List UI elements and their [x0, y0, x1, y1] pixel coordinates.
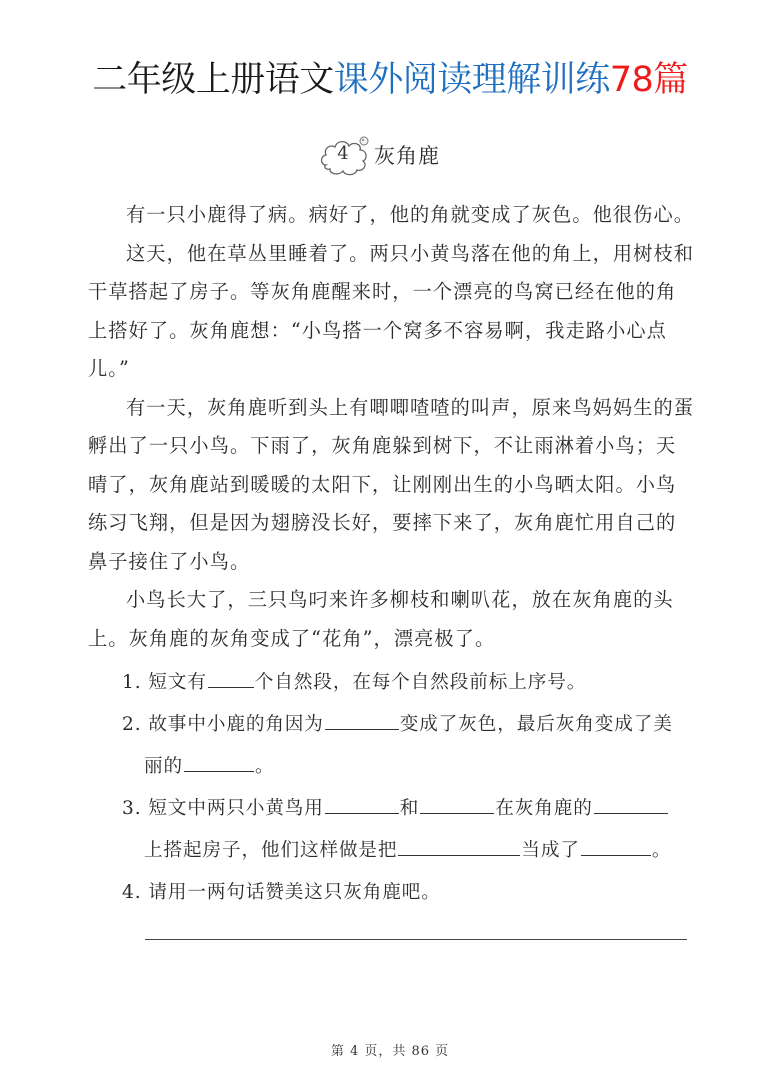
question-text: 上搭起房子，他们这样做是把 — [144, 840, 397, 861]
question-list: 1. 短文有个自然段，在每个自然段前标上序号。 2. 故事中小鹿的角因为变成了灰… — [122, 662, 697, 914]
answer-blank[interactable] — [581, 836, 651, 856]
question-text: 丽的 — [144, 756, 183, 777]
question-text: 个自然段，在每个自然段前标上序号。 — [255, 672, 586, 693]
story-text: 有一只小鹿得了病。病好了，他的角就变成了灰色。他很伤心。 这天，他在草丛里睡着了… — [88, 196, 696, 658]
answer-blank[interactable] — [325, 710, 399, 730]
question-text: 当成了 — [521, 840, 579, 861]
answer-blank[interactable] — [208, 668, 254, 688]
title-subject: 课外阅读理解训练 — [334, 60, 610, 100]
question-3: 3. 短文中两只小黄鸟用和在灰角鹿的 上搭起房子，他们这样做是把当成了。 — [122, 788, 697, 872]
question-4: 4. 请用一两句话赞美这只灰角鹿吧。 — [122, 872, 697, 914]
question-2: 2. 故事中小鹿的角因为变成了灰色，最后灰角变成了美 丽的。 — [122, 704, 697, 788]
question-text: 。 — [652, 840, 672, 861]
question-text: 在灰角鹿的 — [495, 798, 592, 819]
answer-blank[interactable] — [184, 752, 254, 772]
lesson-number: 4 — [318, 143, 368, 164]
story-paragraph: 这天，他在草丛里睡着了。两只小黄鸟落在他的角上，用树枝和干草搭起了房子。等灰角鹿… — [88, 235, 696, 389]
title-grade: 二年级上册语文 — [92, 60, 334, 100]
answer-blank[interactable] — [420, 794, 494, 814]
question-text: 。 — [255, 756, 275, 777]
lesson-heading: 4 灰角鹿 — [318, 130, 440, 180]
answer-line[interactable] — [145, 939, 687, 940]
story-paragraph: 小鸟长大了，三只鸟叼来许多柳枝和喇叭花，放在灰角鹿的头上。灰角鹿的灰角变成了“花… — [88, 581, 696, 658]
question-text: 2. 故事中小鹿的角因为 — [122, 714, 324, 735]
question-1: 1. 短文有个自然段，在每个自然段前标上序号。 — [122, 662, 697, 704]
title-count: 78篇 — [610, 60, 688, 100]
document-title: 二年级上册语文课外阅读理解训练78篇 — [0, 52, 780, 108]
answer-blank[interactable] — [325, 794, 399, 814]
question-text: 和 — [400, 798, 420, 819]
question-text: 3. 短文中两只小黄鸟用 — [122, 798, 324, 819]
question-text: 4. 请用一两句话赞美这只灰角鹿吧。 — [122, 882, 441, 903]
answer-blank[interactable] — [398, 836, 520, 856]
page-footer: 第 4 页，共 86 页 — [0, 1040, 780, 1059]
lesson-title: 灰角鹿 — [374, 140, 440, 170]
question-text: 1. 短文有 — [122, 672, 207, 693]
answer-blank[interactable] — [594, 794, 668, 814]
cloud-icon: 4 — [318, 135, 370, 175]
question-text: 变成了灰色，最后灰角变成了美 — [400, 714, 673, 735]
story-paragraph: 有一天，灰角鹿听到头上有唧唧喳喳的叫声，原来鸟妈妈生的蛋孵出了一只小鸟。下雨了，… — [88, 389, 696, 582]
story-paragraph: 有一只小鹿得了病。病好了，他的角就变成了灰色。他很伤心。 — [88, 196, 696, 235]
